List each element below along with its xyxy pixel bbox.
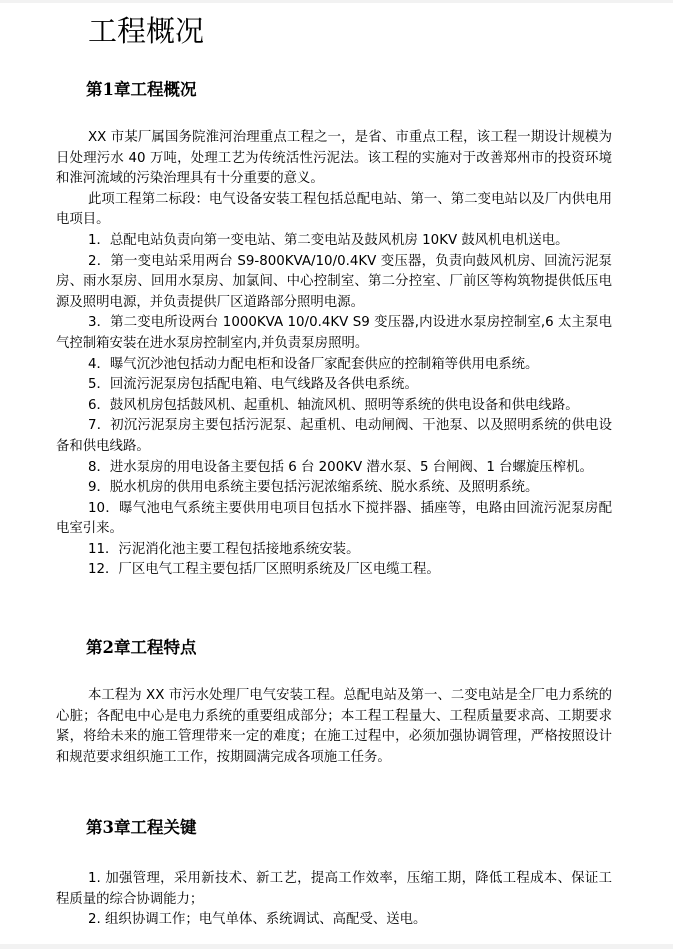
paragraph: 此项工程第二标段：电气设备安装工程包括总配电站、第一、第二变电站以及厂内供电用电… (56, 190, 612, 231)
list-item: 10．曝气池电气系统主要供用电项目包括水下搅拌器、插座等，电路由回流污泥泵房配电… (56, 499, 612, 540)
list-item: 5．回流污泥泵房包括配电箱、电气线路及各供电系统。 (56, 375, 612, 396)
list-item: 2. 组织协调工作；电气单体、系统调试、高配受、送电。 (56, 910, 612, 931)
list-item: 4．曝气沉沙池包括动力配电柜和设备厂家配套供应的控制箱等供用电系统。 (56, 355, 612, 376)
document-title: 工程概况 (88, 13, 204, 49)
list-item: 1. 加强管理，采用新技术、新工艺，提高工作效率，压缩工期，降低工程成本、保证工… (56, 869, 612, 910)
list-item: 12．厂区电气工程主要包括厂区照明系统及厂区电缆工程。 (56, 560, 612, 581)
list-item: 11．污泥消化池主要工程包括接地系统安装。 (56, 540, 612, 561)
list-item: 8．进水泵房的用电设备主要包括 6 台 200KV 潜水泵、5 台闸阀、1 台螺… (56, 458, 612, 479)
chapter-1-heading: 第1章工程概况 (86, 79, 196, 101)
document-page: 工程概况 第1章工程概况 XX 市某厂属国务院淮河治理重点工程之一，是省、市重点… (0, 3, 673, 944)
chapter-3-heading: 第3章工程关键 (86, 817, 196, 839)
chapter-3-body: 1. 加强管理，采用新技术、新工艺，提高工作效率，压缩工期，降低工程成本、保证工… (56, 869, 612, 931)
paragraph: XX 市某厂属国务院淮河治理重点工程之一，是省、市重点工程，该工程一期设计规模为… (56, 128, 612, 190)
paragraph: 本工程为 XX 市污水处理厂电气安装工程。总配电站及第一、二变电站是全厂电力系统… (56, 686, 612, 768)
chapter-2-body: 本工程为 XX 市污水处理厂电气安装工程。总配电站及第一、二变电站是全厂电力系统… (56, 686, 612, 768)
list-item: 3．第二变电所设两台 1000KVA 10/0.4KV S9 变压器,内设进水泵… (56, 313, 612, 354)
list-item: 9．脱水机房的供用电系统主要包括污泥浓缩系统、脱水系统、及照明系统。 (56, 478, 612, 499)
chapter-2-heading: 第2章工程特点 (86, 637, 196, 659)
list-item: 1．总配电站负责向第一变电站、第二变电站及鼓风机房 10KV 鼓风机电机送电。 (56, 231, 612, 252)
list-item: 6．鼓风机房包括鼓风机、起重机、轴流风机、照明等系统的供电设备和供电线路。 (56, 396, 612, 417)
chapter-1-body: XX 市某厂属国务院淮河治理重点工程之一，是省、市重点工程，该工程一期设计规模为… (56, 128, 612, 581)
list-item: 7．初沉污泥泵房主要包括污泥泵、起重机、电动闸阀、干池泵、以及照明系统的供电设备… (56, 416, 612, 457)
list-item: 2．第一变电站采用两台 S9-800KVA/10/0.4KV 变压器，负责向鼓风… (56, 252, 612, 314)
